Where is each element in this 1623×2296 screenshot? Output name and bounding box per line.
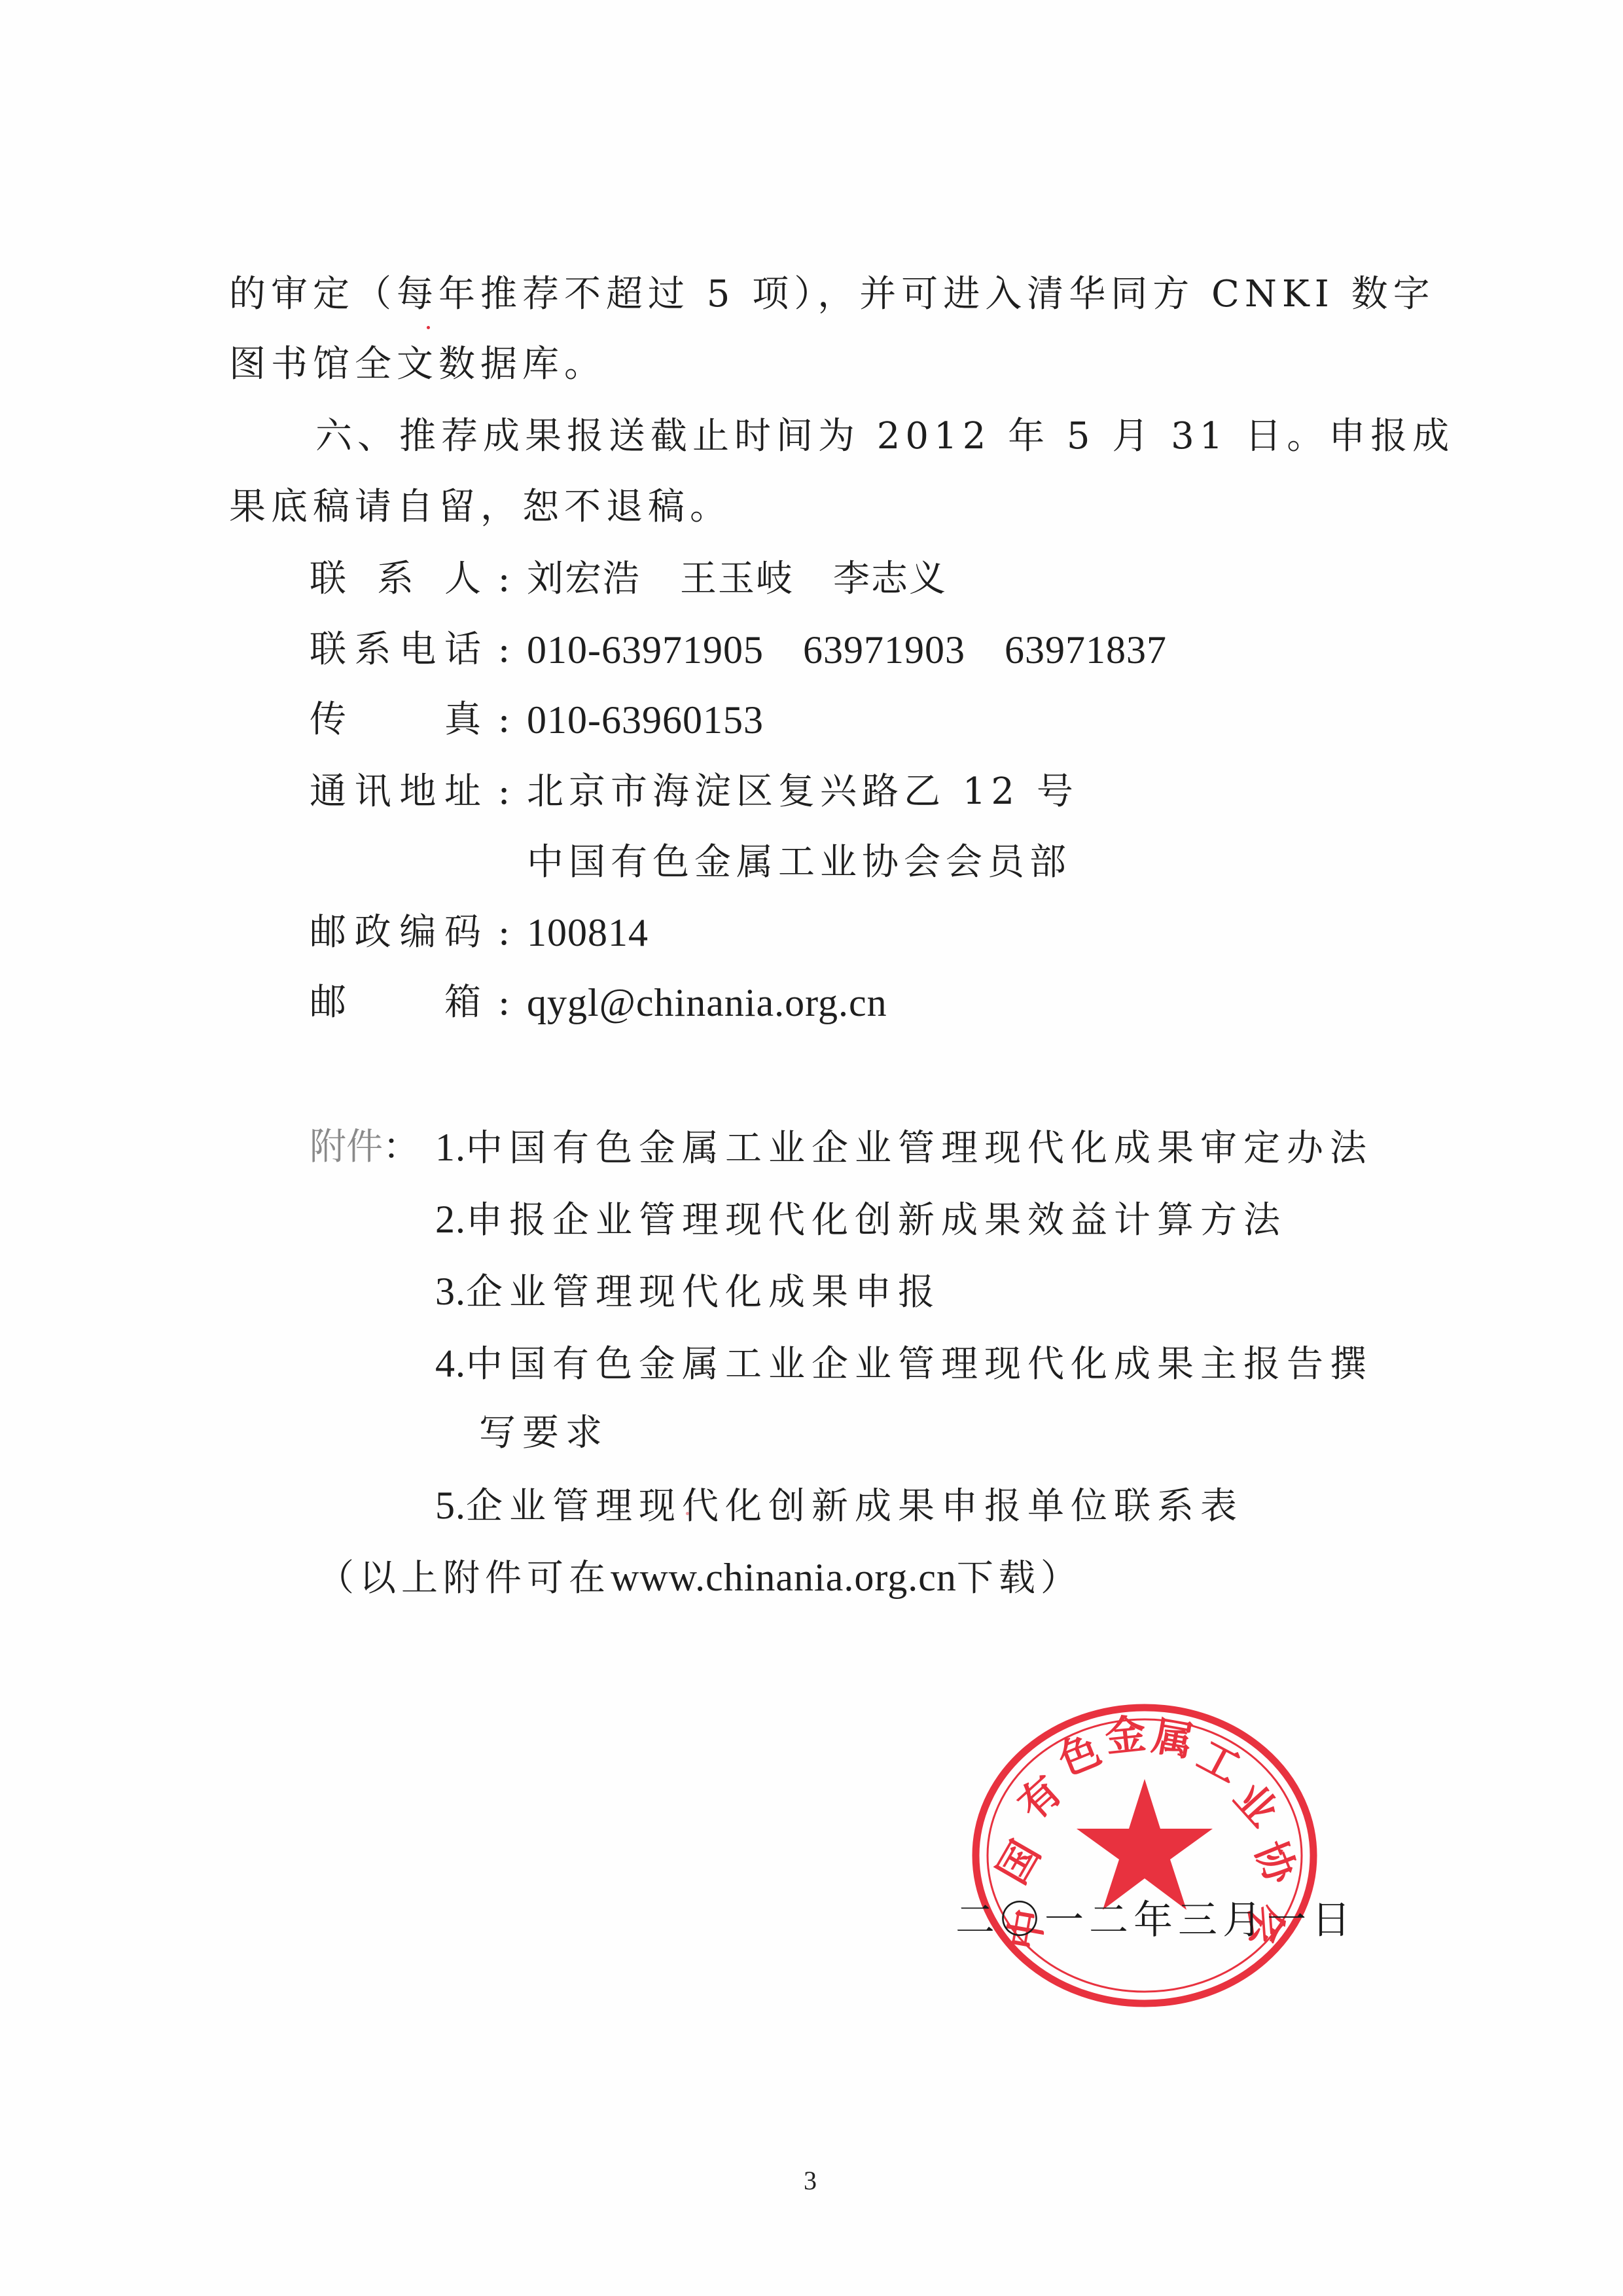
address-line-2: 中国有色金属工业协会会员部 [527,840,1071,886]
paragraph-text: 的审定（每年推荐不超过 5 项），并可进入清华同方 CNKI 数字 [229,273,1435,315]
scan-speck [686,1512,689,1515]
contact-email-row: 邮箱 : qygl@chinania.org.cn [310,980,887,1026]
contact-address-label: 通讯地址 [310,769,481,815]
paragraph-text: 图书馆全文数据库。 [229,343,606,386]
contact-fax-label: 传真 [310,697,481,743]
attachment-number: 3. [435,1270,466,1313]
seal-char: 属 [1149,1712,1197,1766]
download-note-suffix: 下载） [957,1557,1082,1600]
attachment-item-1: 1.中国有色金属工业企业管理现代化成果审定办法 [435,1124,1373,1172]
contact-name: 刘宏浩 [527,558,641,600]
seal-char: 工 [1190,1731,1248,1793]
phone-number: 63971903 [803,628,965,672]
seal-char: 金 [1103,1710,1148,1761]
download-note-prefix: （以上附件可在 [317,1557,611,1600]
attachment-item-4: 4.中国有色金属工业企业管理现代化成果主报告撰 [435,1340,1373,1388]
seal-char: 协 [1246,1835,1306,1892]
contact-phone-label: 联系电话 [310,627,481,673]
contact-person-names: 刘宏浩王玉岐李志义 [527,556,947,602]
contact-name: 王玉岐 [680,558,794,600]
attachment-title: 中国有色金属工业企业管理现代化成果主报告撰 [466,1343,1373,1386]
address-line-1: 北京市海淀区复兴路乙 12 号 [527,769,1079,815]
attachments-label: 附件 [310,1126,383,1168]
official-seal-icon: 中 国 有 色 金 属 工 业 协 会 [969,1700,1321,2011]
attachment-item-3: 3.企业管理现代化成果申报 [435,1268,941,1316]
contact-email-label: 邮箱 [310,980,481,1026]
label-colon: ： [383,1126,419,1168]
attachment-item-2: 2.申报企业管理现代化创新成果效益计算方法 [435,1196,1287,1244]
contact-address-row-2: 中国有色金属工业协会会员部 [527,840,1071,886]
paragraph-text: 果底稿请自留，恕不退稿。 [229,486,732,528]
fax-number: 010-63960153 [527,697,764,743]
paragraph-line: 六、推荐成果报送截止时间为 2012 年 5 月 31 日。申报成 [315,414,1400,459]
attachment-number: 1. [435,1126,466,1169]
scan-speck [427,326,430,329]
attachment-title: 企业管理现代化成果申报 [466,1271,941,1314]
label-colon: : [481,910,527,956]
paragraph-line: 的审定（每年推荐不超过 5 项），并可进入清华同方 CNKI 数字 [229,272,1400,317]
contact-phone-row: 联系电话 : 010-639719056397190363971837 [310,627,1167,673]
contact-address-row: 通讯地址 : 北京市海淀区复兴路乙 12 号 [310,769,1079,815]
contact-name: 李志义 [833,558,947,600]
attachment-title-continuation: 写要求 [479,1412,609,1454]
label-colon: : [481,769,527,815]
paragraph-line: 果底稿请自留，恕不退稿。 [229,484,1400,530]
seal-char: 色 [1052,1725,1107,1785]
document-page: 的审定（每年推荐不超过 5 项），并可进入清华同方 CNKI 数字 图书馆全文数… [0,0,1623,2296]
contact-person-label: 联系人 [310,556,481,602]
label-colon: : [481,980,527,1026]
attachment-title: 申报企业管理现代化创新成果效益计算方法 [466,1199,1287,1242]
seal-char: 国 [988,1833,1050,1892]
attachment-number: 2. [435,1198,466,1241]
label-colon: : [481,697,527,743]
label-colon: : [481,556,527,602]
download-url[interactable]: www.chinania.org.cn [611,1556,957,1599]
download-note: （以上附件可在www.chinania.org.cn下载） [317,1554,1082,1602]
page-number: 3 [804,2165,817,2196]
label-colon: : [481,627,527,673]
attachment-item-4-continuation: 写要求 [479,1410,609,1456]
contact-phone-numbers: 010-639719056397190363971837 [527,627,1167,673]
contact-fax-row: 传真 : 010-63960153 [310,697,764,743]
email-address[interactable]: qygl@chinania.org.cn [527,980,887,1026]
attachments-heading: 附件： [310,1124,419,1170]
phone-number: 63971837 [1005,628,1167,672]
paragraph-text: 六、推荐成果报送截止时间为 2012 年 5 月 31 日。申报成 [315,415,1454,457]
star-icon [1077,1779,1213,1910]
paragraph-line: 图书馆全文数据库。 [229,342,1400,387]
contact-postcode-label: 邮政编码 [310,910,481,956]
attachment-title: 中国有色金属工业企业管理现代化成果审定办法 [466,1127,1373,1170]
attachment-number: 5. [435,1484,466,1527]
attachment-item-5: 5.企业管理现代化创新成果申报单位联系表 [435,1482,1243,1530]
attachment-number: 4. [435,1342,466,1385]
signature-date: 二〇一二年三月一日 [955,1897,1356,1944]
phone-number: 010-63971905 [527,628,764,672]
attachment-title: 企业管理现代化创新成果申报单位联系表 [466,1485,1243,1528]
contact-postcode-row: 邮政编码 : 100814 [310,910,649,956]
postcode-value: 100814 [527,910,649,956]
contact-person-row: 联系人 : 刘宏浩王玉岐李志义 [310,556,947,602]
